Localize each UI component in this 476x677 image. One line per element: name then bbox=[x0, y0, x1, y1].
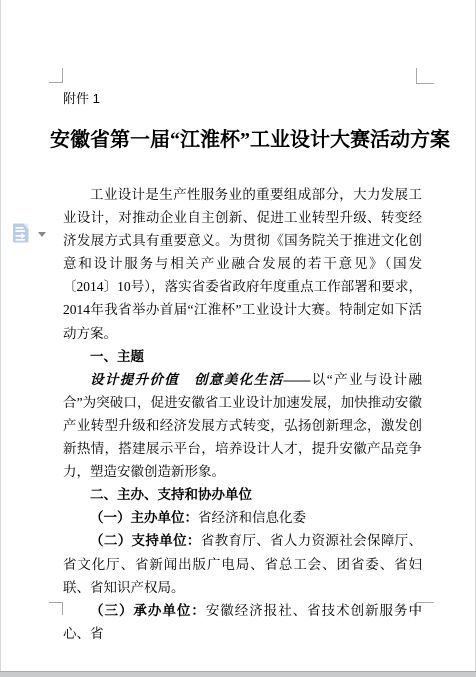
chevron-down-icon[interactable] bbox=[38, 232, 46, 237]
paste-options-icon bbox=[12, 222, 32, 244]
margin-crop-mark-top-left bbox=[49, 68, 63, 83]
document-title[interactable]: 安徽省第一届“江淮杯”工业设计大赛活动方案 bbox=[25, 127, 475, 154]
paragraph[interactable]: （一）主办单位：省经济和信息化委 bbox=[63, 506, 422, 529]
attachment-label[interactable]: 附件 1 bbox=[63, 88, 100, 107]
margin-crop-mark-top-right bbox=[416, 68, 434, 84]
document-window: 附件 1 安徽省第一届“江淮杯”工业设计大赛活动方案 工业设计是生产性服务业的重… bbox=[0, 0, 476, 677]
paragraph[interactable]: （二）支持单位：省教育厅、省人力资源社会保障厅、省文化厅、省新闻出版广电局、省总… bbox=[63, 529, 422, 598]
document-body[interactable]: 工业设计是生产性服务业的重要组成部分，大力发展工业设计，对推动企业自主创新、促进… bbox=[63, 183, 422, 645]
document-page[interactable]: 附件 1 安徽省第一届“江淮杯”工业设计大赛活动方案 工业设计是生产性服务业的重… bbox=[0, 0, 476, 671]
paragraph-lead: 设计提升价值 创意美化生活—— bbox=[90, 372, 310, 387]
paragraph[interactable]: （三）承办单位：安徽经济报社、省技术创新服务中心、省 bbox=[63, 599, 422, 645]
margin-crop-mark-bottom-left bbox=[49, 602, 63, 615]
paragraph-lead: （二）支持单位： bbox=[90, 533, 201, 548]
paragraph[interactable]: 设计提升价值 创意美化生活——以“产业与设计融合”为突破口，促进安徽省工业设计加… bbox=[63, 368, 422, 483]
inter-page-gap bbox=[0, 671, 476, 677]
paragraph[interactable]: 工业设计是生产性服务业的重要组成部分，大力发展工业设计，对推动企业自主创新、促进… bbox=[63, 183, 422, 345]
paragraph-lead: （一）主办单位： bbox=[90, 510, 198, 525]
section-heading[interactable]: 一、主题 bbox=[63, 345, 422, 368]
paste-options-button[interactable] bbox=[12, 220, 52, 246]
paragraph-lead: （三）承办单位： bbox=[90, 603, 206, 618]
footer-page-number: - 1 - bbox=[395, 602, 412, 613]
section-heading[interactable]: 二、主办、支持和协办单位 bbox=[63, 483, 422, 506]
